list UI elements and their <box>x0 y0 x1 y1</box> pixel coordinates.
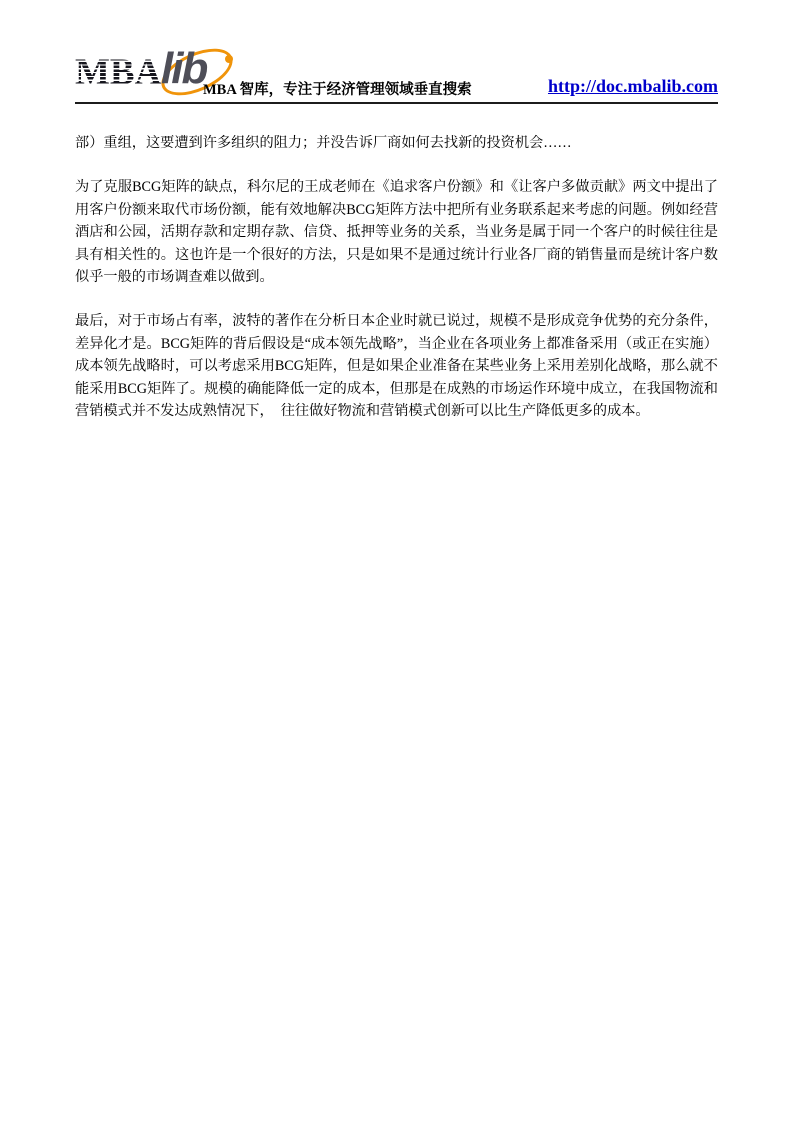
logo-lib-text: lib <box>161 43 206 95</box>
paragraph: 部）重组，这要遭到许多组织的阻力；并没告诉厂商如何去找新的投资机会…… <box>75 132 718 154</box>
document-page: MBA lib MBA 智库，专注于经济管理领域垂直搜索 http://doc.… <box>0 0 793 1122</box>
orbit-dot-icon <box>225 55 233 63</box>
logo-mba-text: MBA <box>75 56 161 90</box>
paragraph: 为了克服BCG矩阵的缺点，科尔尼的王成老师在《追求客户份额》和《让客户多做贡献》… <box>75 176 718 288</box>
header-tagline: MBA 智库，专注于经济管理领域垂直搜索 <box>203 78 472 99</box>
document-header: MBA lib MBA 智库，专注于经济管理领域垂直搜索 http://doc.… <box>75 55 718 104</box>
paragraph: 最后，对于市场占有率，波特的著作在分析日本企业时就已说过，规模不是形成竞争优势的… <box>75 310 718 422</box>
document-body: 部）重组，这要遭到许多组织的阻力；并没告诉厂商如何去找新的投资机会…… 为了克服… <box>75 132 718 422</box>
header-url-link[interactable]: http://doc.mbalib.com <box>548 76 718 97</box>
